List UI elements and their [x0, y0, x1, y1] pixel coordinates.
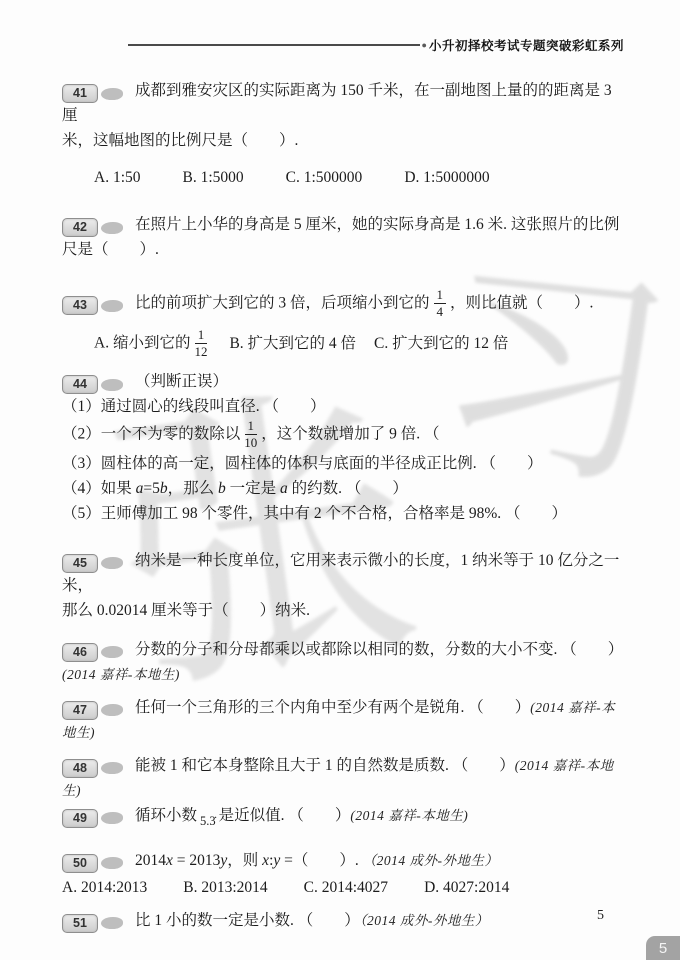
question-text: A. 2014:2013: [62, 879, 147, 896]
question-text: 尺是（ ）.: [62, 241, 159, 258]
option: D. 1:5000000: [404, 165, 489, 190]
fraction-denominator: 12: [194, 344, 207, 359]
repeating-decimal: 5.3̇: [200, 814, 216, 828]
question-text: （3）圆柱体的高一定，圆柱体的体积与底面的半径成正比例. （ ）: [62, 455, 543, 472]
question-text: 是近似值. （ ）: [219, 807, 351, 824]
question-number-badge: 49: [62, 809, 123, 828]
math-variable: x: [166, 852, 173, 869]
question-number: 46: [62, 643, 98, 662]
option: C. 扩大到它的 12 倍: [374, 331, 508, 356]
question-text: （4）如果: [62, 480, 136, 497]
option: C. 2014:4027: [304, 875, 388, 900]
question-line: 51比 1 小的数一定是小数. （ ）（2014 成外-外地生）: [62, 908, 626, 933]
header-rule: [128, 44, 420, 46]
source-tag: (2014 嘉祥-本地生): [62, 667, 180, 682]
question-line: 46分数的分子和分母都乘以或都除以相同的数，分数的大小不变. （ ）: [62, 637, 626, 662]
question-line: （1）通过圆心的线段叫直径. （ ）: [62, 394, 626, 419]
question-45: 45纳米是一种长度单位，它用来表示微小的长度，1 纳米等于 10 亿分之一米，那…: [62, 548, 626, 623]
source-tag: (2014 嘉祥-本: [530, 700, 615, 715]
question-number: 48: [62, 759, 98, 778]
fraction: 112: [194, 328, 207, 360]
option: B. 2013:2014: [183, 875, 267, 900]
options-row: A. 1:50B. 1:5000C. 1:500000D. 1:5000000: [62, 165, 626, 190]
fraction-numerator: 1: [245, 419, 258, 435]
question-text: B. 扩大到它的 4 倍: [229, 335, 356, 352]
question-text: B. 1:5000: [183, 169, 244, 186]
source-tag: (2014 嘉祥-本地: [515, 758, 614, 773]
question-text: 纳米是一种长度单位，它用来表示微小的长度，1 纳米等于 10 亿分之一米，: [62, 552, 619, 594]
question-text: =5: [143, 480, 160, 497]
question-text: （1）通过圆心的线段叫直径. （ ）: [62, 398, 326, 415]
option: B. 扩大到它的 4 倍: [229, 331, 356, 356]
math-variable: b: [218, 480, 226, 497]
question-number-badge: 47: [62, 701, 123, 720]
fraction-numerator: 1: [434, 288, 447, 304]
option: A. 1:50: [94, 165, 141, 190]
question-text: A. 1:50: [94, 169, 141, 186]
question-line: 502014x = 2013y，则 x:y =（ ）. （2014 成外-外地生…: [62, 848, 626, 873]
math-variable: a: [280, 480, 288, 497]
question-number: 41: [62, 84, 98, 103]
question-48: 48能被 1 和它本身整除且大于 1 的自然数是质数. （ ）(2014 嘉祥-…: [62, 753, 626, 803]
page-header: ● 小升初择校考试专题突破彩虹系列: [0, 36, 624, 54]
question-line: 生): [62, 778, 626, 803]
question-line: 45纳米是一种长度单位，它用来表示微小的长度，1 纳米等于 10 亿分之一米，: [62, 548, 626, 598]
question-text: A. 缩小到它的: [94, 334, 190, 351]
source-tag: 地生): [62, 725, 95, 740]
question-line: 尺是（ ）.: [62, 237, 626, 262]
question-text: 循环小数: [135, 807, 197, 824]
question-number-badge: 42: [62, 218, 123, 237]
question-text: ，则: [227, 852, 262, 869]
fraction-denominator: 4: [437, 304, 444, 319]
question-number-badge: 41: [62, 84, 123, 103]
question-number: 47: [62, 701, 98, 720]
question-number-badge: 50: [62, 854, 123, 873]
question-text: B. 2013:2014: [183, 879, 267, 896]
page-number: 5: [597, 908, 604, 924]
question-number: 44: [62, 375, 98, 394]
question-text: 任何一个三角形的三个内角中至少有两个是锐角. （ ）: [135, 699, 530, 716]
question-text: ，那么: [168, 480, 218, 497]
question-line: 47任何一个三角形的三个内角中至少有两个是锐角. （ ）(2014 嘉祥-本: [62, 695, 626, 720]
series-title: 小升初择校考试专题突破彩虹系列: [429, 36, 624, 54]
scanned-workbook-page: ● 小升初择校考试专题突破彩虹系列 张 习 41成都到雅安灾区的实际距离为 15…: [0, 0, 680, 960]
question-number: 51: [62, 914, 98, 933]
question-49: 49循环小数5.3̇是近似值. （ ）(2014 嘉祥-本地生): [62, 803, 626, 834]
question-text: C. 2014:4027: [304, 879, 388, 896]
question-line: 米，这幅地图的比例尺是（ ）.: [62, 128, 626, 153]
question-line: 49循环小数5.3̇是近似值. （ ）(2014 嘉祥-本地生): [62, 803, 626, 834]
question-47: 47任何一个三角形的三个内角中至少有两个是锐角. （ ）(2014 嘉祥-本地生…: [62, 695, 626, 745]
fraction: 110: [244, 419, 257, 451]
question-line: （5）王师傅加工 98 个零件，其中有 2 个不合格，合格率是 98%. （ ）: [62, 501, 626, 526]
question-line: （3）圆柱体的高一定，圆柱体的体积与底面的半径成正比例. （ ）: [62, 451, 626, 476]
question-text: 成都到雅安灾区的实际距离为 150 千米，在一副地图上量的的距离是 3 厘: [62, 82, 612, 124]
question-44: 44（判断正误）（1）通过圆心的线段叫直径. （ ）（2）一个不为零的数除以11…: [62, 369, 626, 526]
question-line: （2）一个不为零的数除以110，这个数就增加了 9 倍. （: [62, 419, 626, 451]
option: B. 1:5000: [183, 165, 244, 190]
question-line: 48能被 1 和它本身整除且大于 1 的自然数是质数. （ ）(2014 嘉祥-…: [62, 753, 626, 778]
question-text: 那么 0.02014 厘米等于（ ）纳米.: [62, 602, 310, 619]
question-line: 那么 0.02014 厘米等于（ ）纳米.: [62, 598, 626, 623]
question-number-badge: 46: [62, 643, 123, 662]
question-text: D. 4027:2014: [424, 879, 509, 896]
question-text: （判断正误）: [135, 373, 228, 390]
question-number: 43: [62, 296, 98, 315]
question-number-badge: 44: [62, 375, 123, 394]
question-number: 45: [62, 554, 98, 573]
source-tag: (2014 嘉祥-本地生): [350, 808, 468, 823]
question-text: 2014: [135, 852, 166, 869]
option: D. 4027:2014: [424, 875, 509, 900]
question-number-badge: 51: [62, 914, 123, 933]
question-text: （2）一个不为零的数除以: [62, 426, 240, 443]
question-number: 42: [62, 218, 98, 237]
question-number: 50: [62, 854, 98, 873]
source-tag: （2014 成外-外地生）: [360, 913, 489, 928]
question-text: 比的前项扩大到它的 3 倍，后项缩小到它的: [135, 294, 430, 311]
question-text: D. 1:5000000: [404, 169, 489, 186]
question-text: 在照片上小华的身高是 5 厘米，她的实际身高是 1.6 米. 这张照片的比例: [135, 216, 619, 233]
option: C. 1:500000: [286, 165, 363, 190]
question-line: （4）如果 a=5b，那么 b 一定是 a 的约数. （ ）: [62, 476, 626, 501]
question-line: 地生): [62, 720, 626, 745]
question-text: 比 1 小的数一定是小数. （ ）: [135, 912, 360, 929]
fraction: 14: [434, 288, 447, 320]
question-41: 41成都到雅安灾区的实际距离为 150 千米，在一副地图上量的的距离是 3 厘米…: [62, 78, 626, 190]
fraction-denominator: 10: [244, 435, 257, 450]
option: A. 缩小到它的112: [94, 328, 211, 360]
question-line: 41成都到雅安灾区的实际距离为 150 千米，在一副地图上量的的距离是 3 厘: [62, 78, 626, 128]
question-line: 42在照片上小华的身高是 5 厘米，她的实际身高是 1.6 米. 这张照片的比例: [62, 212, 626, 237]
options-row: A. 2014:2013B. 2013:2014C. 2014:4027D. 4…: [62, 875, 626, 900]
question-line: 43比的前项扩大到它的 3 倍，后项缩小到它的14，则比值就（ ）.: [62, 288, 626, 320]
question-text: = 2013: [173, 852, 221, 869]
question-line: 44（判断正误）: [62, 369, 626, 394]
question-text: =（ ）.: [280, 852, 362, 869]
question-number-badge: 48: [62, 759, 123, 778]
question-text: ，这个数就增加了 9 倍. （: [261, 426, 439, 443]
question-text: （5）王师傅加工 98 个零件，其中有 2 个不合格，合格率是 98%. （ ）: [62, 505, 567, 522]
option: A. 2014:2013: [62, 875, 147, 900]
options-row: A. 缩小到它的112B. 扩大到它的 4 倍C. 扩大到它的 12 倍: [62, 328, 626, 360]
question-text: 分数的分子和分母都乘以或都除以相同的数，分数的大小不变. （ ）: [135, 641, 623, 658]
source-tag: 生): [62, 783, 81, 798]
question-text: ，则比值就（ ）.: [450, 294, 593, 311]
question-number-badge: 43: [62, 296, 123, 315]
fraction-numerator: 1: [195, 328, 208, 344]
question-text: 一定是: [226, 480, 280, 497]
corner-page-badge: 5: [646, 936, 680, 960]
math-variable: b: [160, 480, 168, 497]
question-text: C. 扩大到它的 12 倍: [374, 335, 508, 352]
question-43: 43比的前项扩大到它的 3 倍，后项缩小到它的14，则比值就（ ）.A. 缩小到…: [62, 288, 626, 359]
question-50: 502014x = 2013y，则 x:y =（ ）. （2014 成外-外地生…: [62, 848, 626, 900]
question-number-badge: 45: [62, 554, 123, 573]
question-46: 46分数的分子和分母都乘以或都除以相同的数，分数的大小不变. （ ）(2014 …: [62, 637, 626, 687]
source-tag: （2014 成外-外地生）: [363, 853, 499, 868]
question-text: 米，这幅地图的比例尺是（ ）.: [62, 132, 298, 149]
question-text: 的约数. （ ）: [288, 480, 408, 497]
question-text: 能被 1 和它本身整除且大于 1 的自然数是质数. （ ）: [135, 757, 515, 774]
question-51: 51比 1 小的数一定是小数. （ ）（2014 成外-外地生）: [62, 908, 626, 933]
question-text: C. 1:500000: [286, 169, 363, 186]
header-bullet-icon: ●: [422, 40, 427, 50]
question-number: 49: [62, 809, 98, 828]
question-42: 42在照片上小华的身高是 5 厘米，她的实际身高是 1.6 米. 这张照片的比例…: [62, 212, 626, 262]
questions: 41成都到雅安灾区的实际距离为 150 千米，在一副地图上量的的距离是 3 厘米…: [62, 72, 626, 933]
question-line: (2014 嘉祥-本地生): [62, 662, 626, 687]
